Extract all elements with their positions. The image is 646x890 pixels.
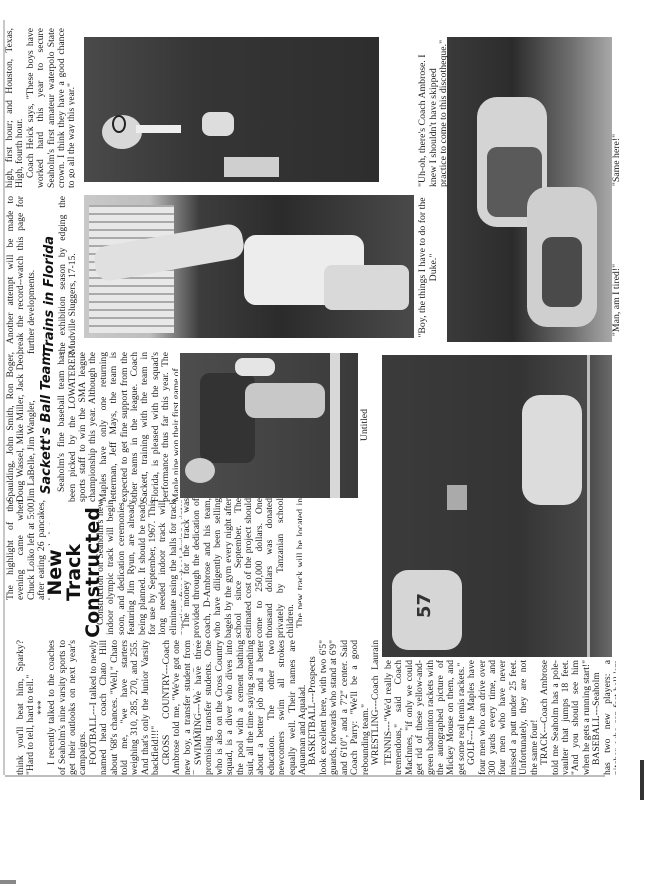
waterpolo-text-block: high, first hour; and Houston, Texas, Hi… <box>5 28 75 188</box>
caption-player-on-bench: "Boy, the things I have to do for the Du… <box>418 195 448 340</box>
sports-roundup-column-2: SWIMMING---We have three promising trans… <box>194 640 380 775</box>
photo-legs <box>324 265 409 310</box>
portrait-hands <box>202 112 234 136</box>
photo-base <box>447 485 467 510</box>
photo-slider <box>522 395 582 505</box>
headline-trains-in-florida: Trains in Florida <box>42 196 58 354</box>
paragraph: I recently talked to the coaches of Seah… <box>47 640 89 775</box>
paragraph-track: TRACK---Coach Ambrose told me Seaholm ha… <box>540 660 592 775</box>
paragraph-swimming: SWIMMING---We have three promising trans… <box>194 640 308 775</box>
photo-jersey-number: 57 <box>414 593 435 618</box>
photo-boy-face <box>185 458 215 483</box>
florida-continuation: Trains in Florida the exhibition season … <box>42 196 82 354</box>
paragraph-golf: GOLF---The Maples have four men who can … <box>467 660 540 775</box>
paragraph: The money for the track was provided thr… <box>182 498 296 638</box>
paragraph-wrestling: WRESTLING---Coach Laurain said, "It's go… <box>371 640 380 775</box>
photo-boy-legs <box>245 383 325 418</box>
paragraph-basketball: BASKETBALL---Prospects look excellent he… <box>308 640 370 775</box>
paragraph: the exhibition season by edging the Mudv… <box>58 196 79 354</box>
photo-table-leg <box>330 353 340 498</box>
caption-same-here: "Same here!" <box>612 120 630 200</box>
paragraph: The new track will be located in its own… <box>296 498 302 638</box>
paragraph: think you'll beat him, Sparky? "Hard to … <box>16 640 37 775</box>
photo-baseball-slide: 57 <box>382 355 612 657</box>
portrait-glasses <box>112 115 126 133</box>
paragraph: high, first hour; and Houston, Texas, Hi… <box>5 28 26 188</box>
caption-man-am-i-tired: "Man, am I tired!" <box>612 250 630 350</box>
paragraph: Construction on Seaholm's new indoor oly… <box>96 500 182 635</box>
wrestler-bottom-shirt <box>542 237 582 307</box>
photo-coach-portrait <box>84 37 379 182</box>
sports-roundup-column-1: think you'll beat him, Sparky? "Hard to … <box>16 640 194 775</box>
paragraph-baseball: BASEBALL---Seaholm has two new players: … <box>592 660 616 775</box>
scan-edge-corner <box>0 880 16 884</box>
photo-player-on-bench <box>84 195 414 338</box>
sports-roundup-column-3: TENNIS---"We'd really be tremendous," sa… <box>384 660 616 775</box>
caption-untitled: Untitled <box>360 390 378 460</box>
paragraph-tennis: TENNIS---"We'd really be tremendous," sa… <box>384 660 467 775</box>
paragraph: Coach Heick says, "These boys have worke… <box>26 28 75 188</box>
photo-foul-line <box>587 355 590 657</box>
paragraph: Seaholm's fine baseball team has been pi… <box>57 352 178 502</box>
paragraph: The highlight of the evening came when C… <box>6 500 50 600</box>
scan-edge-bottom <box>5 775 605 777</box>
photo-wrestlers <box>447 37 612 342</box>
portrait-collar <box>136 125 181 133</box>
track-story-body-2: The money for the track was provided thr… <box>182 498 302 638</box>
photo-boy-lying-down <box>180 353 358 498</box>
paragraph: Another attempt will be made to break th… <box>6 196 37 354</box>
pancake-lead-text: The highlight of the evening came when C… <box>6 500 50 600</box>
record-attempt-text: Another attempt will be made to break th… <box>6 196 42 354</box>
paragraph-football: FOOTBALL---I talked to newly named head … <box>89 640 162 775</box>
scan-edge-right <box>640 760 644 800</box>
photo-boy-shoe <box>235 358 275 376</box>
paragraph-cross-country: CROSS COUNTRY---Coach Ambrose told me, "… <box>162 640 194 775</box>
headline-sacketts-ball-team: Sackett's Ball Team <box>37 352 57 502</box>
portrait-sleeve <box>224 157 279 177</box>
baseball-florida-story: Spaulding, John Smith, Ron Boger, Doug W… <box>6 352 178 502</box>
caption-wrestlers: "Uh-oh, there's Coach Ambrose. I knew I … <box>418 37 448 187</box>
track-story-body-1: Construction on Seaholm's new indoor oly… <box>96 500 182 635</box>
player-names: Spaulding, John Smith, Ron Boger, Doug W… <box>6 352 37 502</box>
